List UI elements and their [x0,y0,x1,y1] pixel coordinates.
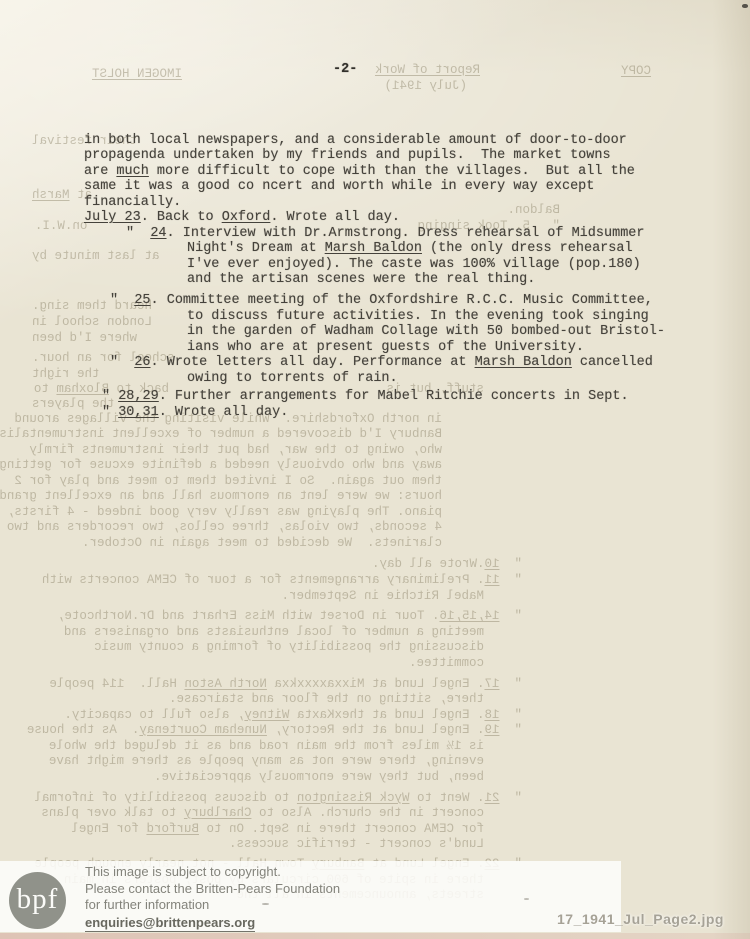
underlined-text: 24 [150,226,166,241]
text-line: owing to torrents of rain. [187,371,398,386]
bpf-logo: bpf [9,872,66,929]
text-segment: . Committee meeting of the Oxfordshire R… [151,293,653,308]
text-line: Night's Dream at Marsh Baldon (the only … [187,241,633,256]
underlined-text: Marsh Baldon [475,355,572,370]
typed-text-layer: -2-in both local newspapers, and a consi… [0,0,750,939]
text-line: to discuss future activities. In the eve… [187,309,649,324]
text-segment: and the artisan scenes were the real thi… [187,272,535,287]
text-line: " 28,29. Further arrangements for Mabel … [102,389,629,404]
contact-email: enquiries@brittenpears.org [85,915,255,933]
text-line: in both local newspapers, and a consider… [84,133,627,148]
scan-speck [742,4,748,8]
text-segment: . Back to [141,210,222,225]
text-segment: I've ever enjoyed). The caste was 100% v… [187,257,641,272]
text-line: ians who are at present guests of the Un… [187,340,584,355]
text-line: " 30,31. Wrote all day. [102,405,288,420]
text-segment: in both local newspapers, and a consider… [84,133,627,148]
text-segment: more difficult to cope with than the vil… [149,164,635,179]
text-segment: " [110,293,134,308]
copyright-line-2: Please contact the Britten-Pears Foundat… [85,881,340,898]
underlined-text: Marsh Baldon [325,241,422,256]
copyright-text: This image is subject to copyright. Plea… [85,864,340,932]
text-segment: " [102,389,118,404]
text-segment: to discuss future activities. In the eve… [187,309,649,324]
underlined-text: 28,29 [118,389,159,404]
text-line: and the artisan scenes were the real thi… [187,272,535,287]
underlined-text: July 23 [84,210,141,225]
text-segment: Night's Dream at [187,241,325,256]
text-segment: in the garden of Wadham Collage with 50 … [187,324,665,339]
text-segment: " [102,405,118,420]
text-line: I've ever enjoyed). The caste was 100% v… [187,257,641,272]
copyright-band: bpf This image is subject to copyright. … [0,861,621,932]
scan-speck [524,898,529,900]
text-segment: . Wrote letters all day. Performance at [151,355,475,370]
copyright-line-3: for further information [85,897,340,914]
text-line: July 23. Back to Oxford. Wrote all day. [84,210,400,225]
scan-bottom-edge [0,933,750,939]
text-segment: -2- [333,62,357,77]
filename-watermark: 17_1941_Jul_Page2.jpg [557,911,724,927]
underlined-text: much [116,164,148,179]
text-segment: . Interview with Dr.Armstrong. Dress reh… [167,226,645,241]
text-segment: " [126,226,150,241]
scan-speck [262,903,269,905]
text-segment: " [110,355,134,370]
text-line: propagenda undertaken by my friends and … [84,148,611,163]
underlined-text: 25 [134,293,150,308]
text-segment: owing to torrents of rain. [187,371,398,386]
text-segment: propagenda undertaken by my friends and … [84,148,611,163]
text-line: are much more difficult to cope with tha… [84,164,635,179]
underlined-text: 26 [134,355,150,370]
text-segment: same it was a good co ncert and worth wh… [84,179,594,194]
bpf-logo-text: bpf [17,883,59,919]
text-segment: ians who are at present guests of the Un… [187,340,584,355]
copyright-line-1: This image is subject to copyright. [85,864,340,881]
page-number: -2- [333,62,357,77]
text-line: same it was a good co ncert and worth wh… [84,179,594,194]
underlined-text: Oxford [222,210,271,225]
text-line: " 25. Committee meeting of the Oxfordshi… [110,293,653,308]
text-line: " 24. Interview with Dr.Armstrong. Dress… [126,226,645,241]
text-line: in the garden of Wadham Collage with 50 … [187,324,665,339]
text-segment: cancelled [572,355,653,370]
text-segment: . Further arrangements for Mabel Ritchie… [159,389,629,404]
scanned-document-page: COPYReport of Work(July 1941)IMOGEN HOLS… [0,0,750,939]
text-segment: are [84,164,116,179]
text-segment: . Wrote all day. [159,405,289,420]
text-segment: (the only dress rehearsal [422,241,633,256]
text-line: " 26. Wrote letters all day. Performance… [110,355,653,370]
underlined-text: 30,31 [118,405,159,420]
text-segment: . Wrote all day. [270,210,400,225]
text-segment: financially. [84,195,181,210]
text-line: financially. [84,195,181,210]
